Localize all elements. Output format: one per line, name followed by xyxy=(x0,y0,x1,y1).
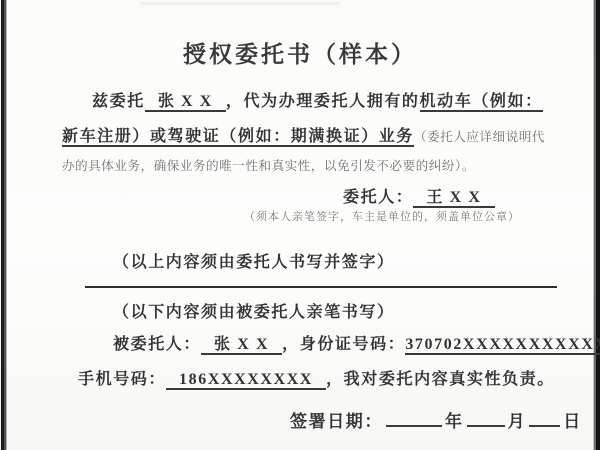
month-blank-underline xyxy=(467,412,505,427)
scan-smudge xyxy=(140,2,340,5)
agent-name-underlined-2: 张 X X xyxy=(201,336,282,355)
entrust-paragraph-line2: 新车注册）或驾驶证（例如：期满换证）业务（委托人应详细说明代 xyxy=(62,123,545,146)
agent-line: 被委托人：张 X X，身份证号码：370702XXXXXXXXXXXX， xyxy=(113,331,600,354)
id-number-value-underlined: 370702XXXXXXXXXXXX xyxy=(405,336,600,355)
responsibility-statement: ，我对委托内容真实性负责。 xyxy=(326,371,555,388)
inline-note-continued: 办的具体业务，确保业务的唯一性和真实性，以免引发不必要的纠纷）。 xyxy=(62,156,475,174)
business-underlined-part1: 机动车（例如： xyxy=(420,93,543,112)
principal-signature-note: （须本人亲笔签字，车主是单位的，须盖单位公章） xyxy=(244,208,520,224)
scan-edge-left xyxy=(0,0,7,450)
principal-name-underlined: 王 X X xyxy=(413,189,494,208)
entrust-paragraph-line1: 兹委托张 X X，代为办理委托人拥有的机动车（例如： xyxy=(92,88,543,111)
phone-line: 手机号码：186XXXXXXXX，我对委托内容真实性负责。 xyxy=(78,366,555,389)
section-divider-line xyxy=(85,286,557,288)
document-title: 授权委托书（样本） xyxy=(7,36,593,69)
year-blank-underline xyxy=(386,412,442,427)
agent-name-underlined: 张 X X xyxy=(145,93,226,112)
date-label: 签署日期： xyxy=(290,412,383,431)
principal-line: 委托人：王 X X xyxy=(343,184,495,207)
section-note-below: （以下内容须由被委托人亲笔书写） xyxy=(113,299,395,322)
principal-label: 委托人： xyxy=(343,189,413,206)
id-number-label: ，身份证号码： xyxy=(282,336,405,353)
month-unit: 月 xyxy=(508,412,527,431)
entrust-prefix: 兹委托 xyxy=(92,93,145,110)
entrust-mid-text: ，代为办理委托人拥有的 xyxy=(226,93,420,110)
phone-value-underlined: 186XXXXXXXX xyxy=(166,371,326,390)
scan-edge-right xyxy=(593,0,600,450)
day-blank-underline xyxy=(529,412,560,427)
year-unit: 年 xyxy=(445,412,464,431)
day-unit: 日 xyxy=(563,412,582,431)
authorization-letter-document: 授权委托书（样本） 兹委托张 X X，代为办理委托人拥有的机动车（例如： 新车注… xyxy=(0,0,600,450)
signature-date-line: 签署日期：年月日 xyxy=(290,407,582,432)
phone-label: 手机号码： xyxy=(78,371,166,388)
section-note-above: （以上内容须由委托人书写并签字） xyxy=(113,249,395,272)
inline-note-start: （委托人应详细说明代 xyxy=(414,130,545,144)
business-underlined-part2: 新车注册）或驾驶证（例如：期满换证）业务 xyxy=(62,128,414,147)
agent-label: 被委托人： xyxy=(113,336,201,353)
